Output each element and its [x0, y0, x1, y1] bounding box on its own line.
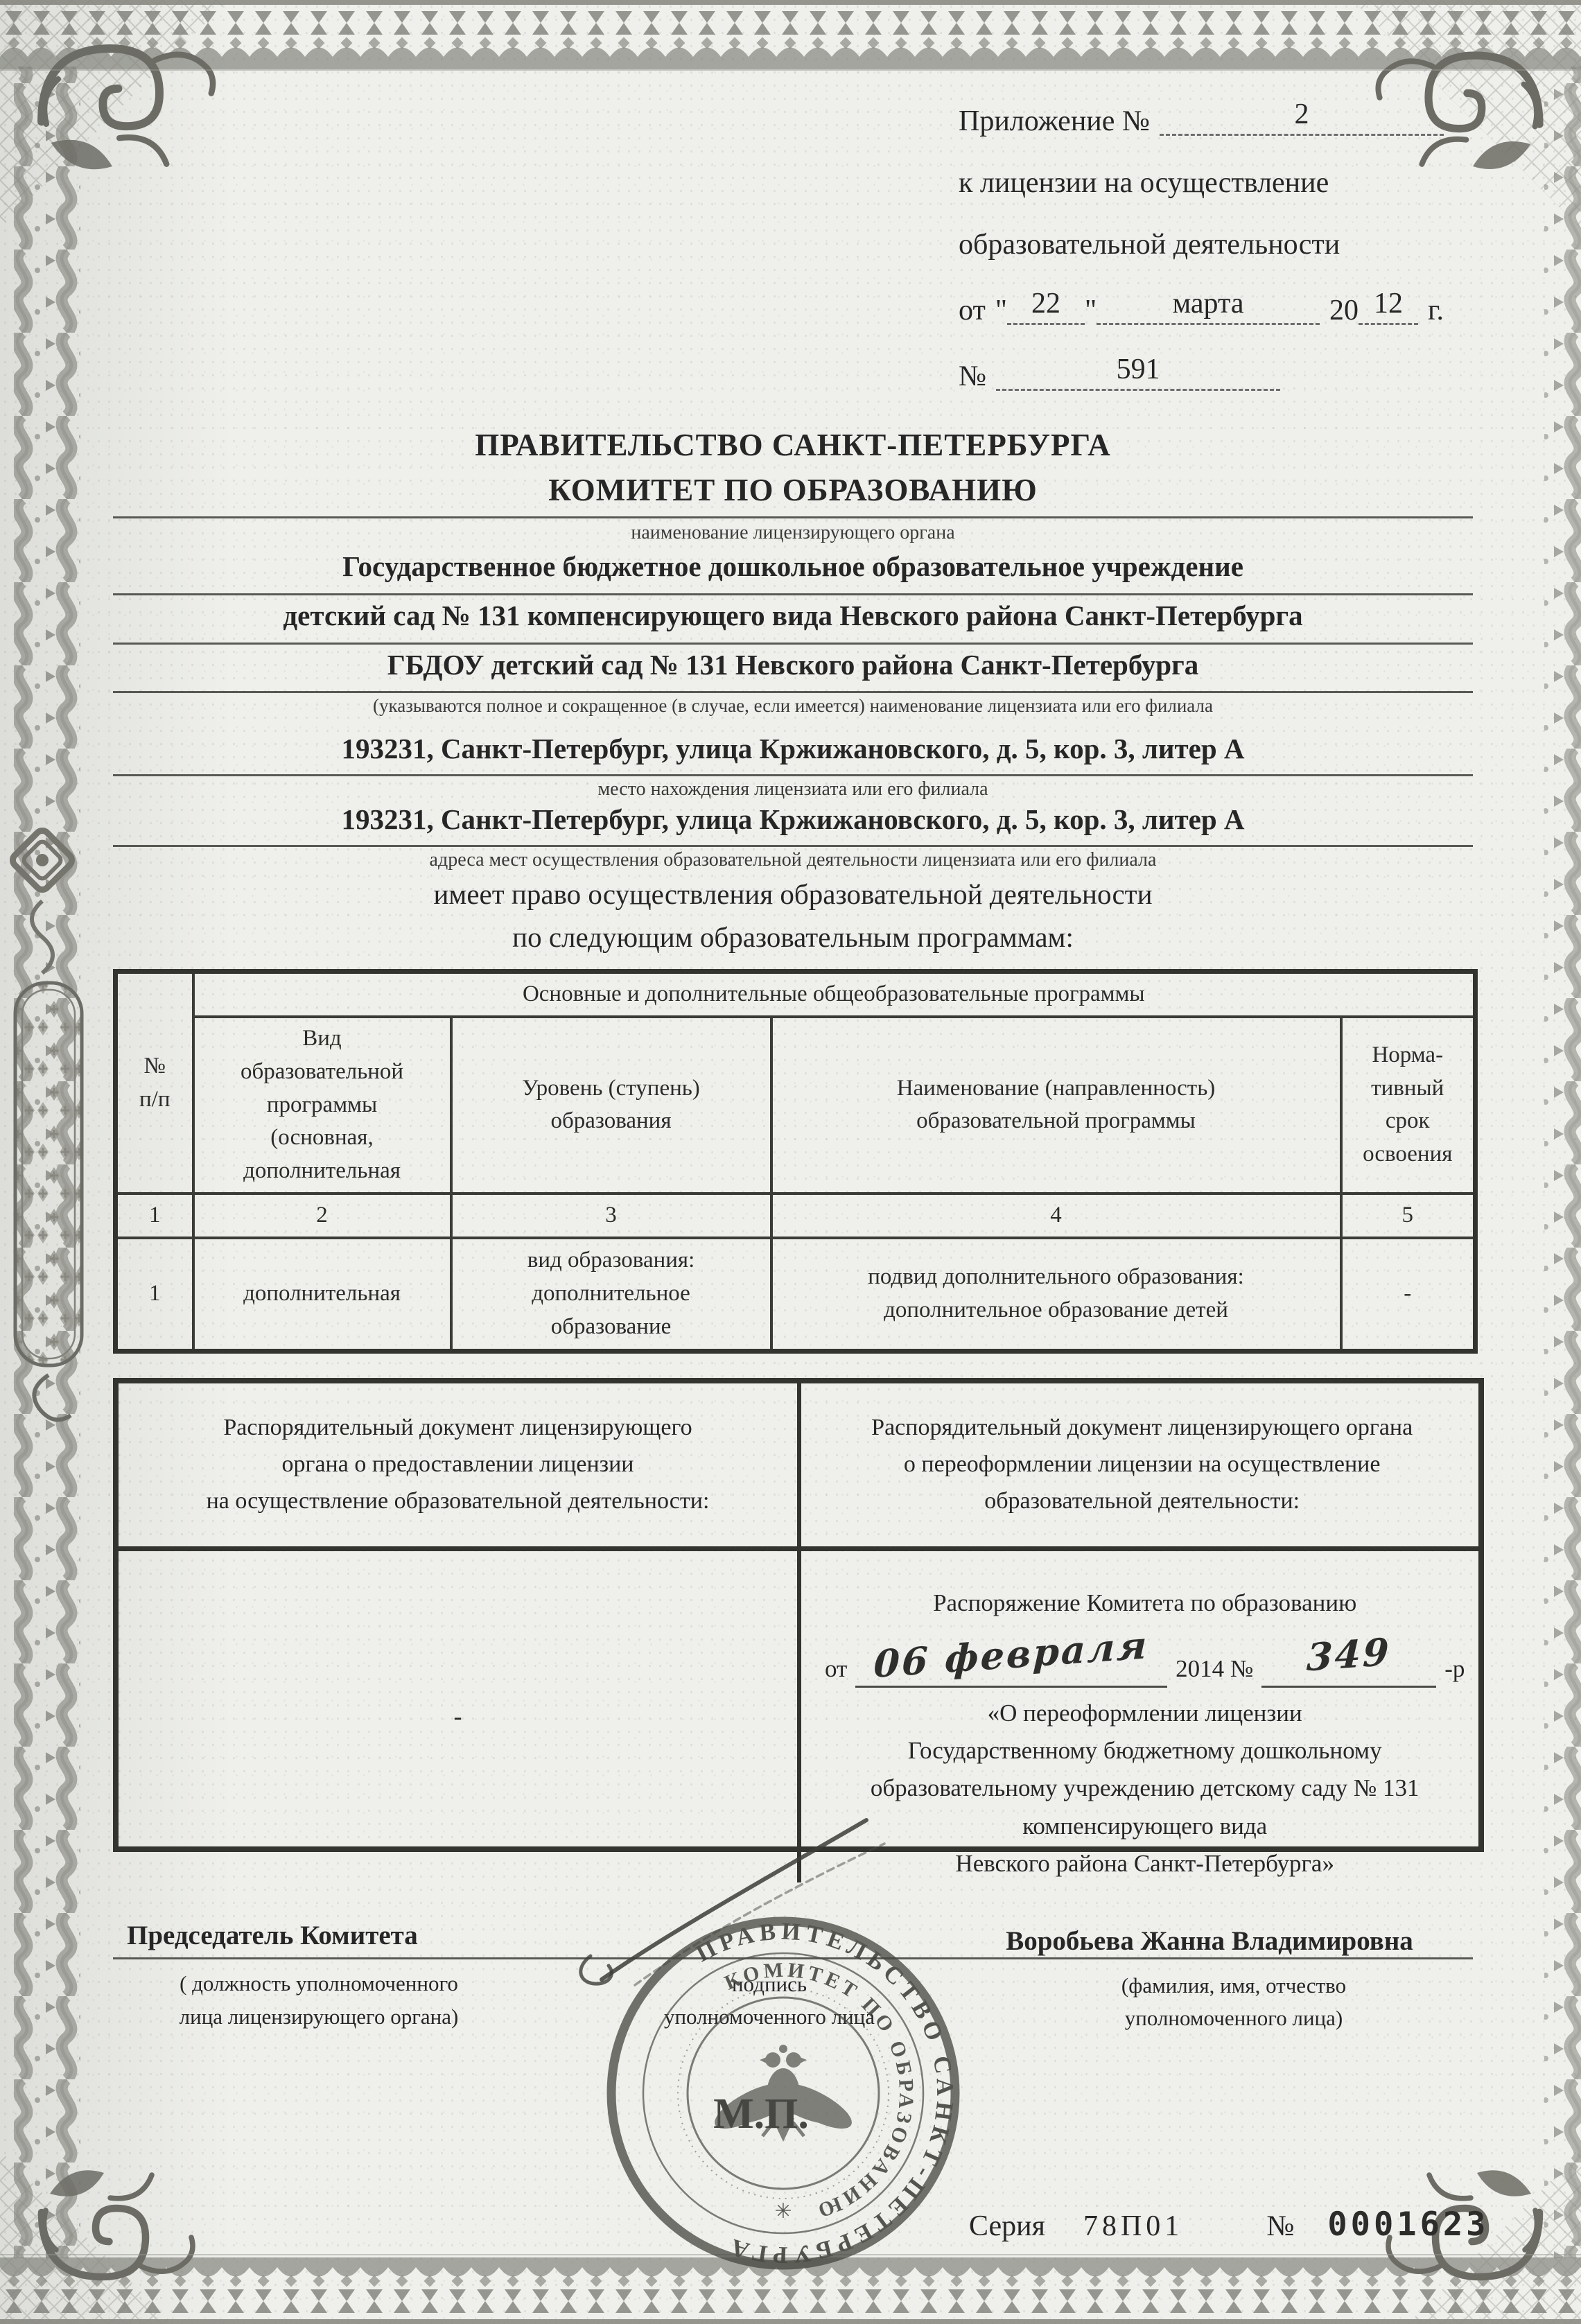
license-date-row: от " 22 " марта 20 12 г. — [959, 292, 1444, 325]
license-ref-line1: к лицензии на осуществление — [959, 168, 1444, 198]
col-num-5: 5 — [1341, 1194, 1476, 1238]
authority-title-line1: ПРАВИТЕЛЬСТВО САНКТ-ПЕТЕРБУРГА — [113, 423, 1473, 468]
order-from-label: от — [825, 1650, 847, 1688]
order-date-line: 06 февраля — [855, 1626, 1167, 1688]
stamp-mp-text: М.П. — [713, 2090, 809, 2138]
col-header-level: Уровень (ступень) образования — [451, 1017, 771, 1194]
appendix-number-line: 2 — [1160, 103, 1444, 136]
authority-title: ПРАВИТЕЛЬСТВО САНКТ-ПЕТЕРБУРГА КОМИТЕТ П… — [113, 423, 1473, 514]
authority-title-line2: КОМИТЕТ ПО ОБРАЗОВАНИЮ — [113, 468, 1473, 513]
license-year: 12 — [1374, 289, 1403, 318]
license-number-row: № 591 — [959, 358, 1444, 391]
order-number-handwritten: 349 — [1306, 1623, 1392, 1688]
official-stamp-icon: ПРАВИТЕЛЬСТВО САНКТ-ПЕТЕРБУРГА КОМИТЕТ П… — [595, 1905, 972, 2282]
authority-caption: наименование лицензирующего органа — [113, 522, 1473, 544]
divider-under-title — [113, 516, 1473, 518]
series-label: Серия — [969, 2210, 1045, 2243]
position-caption: ( должность уполномоченного лица лицензи… — [118, 1967, 520, 2034]
col-header-name: Наименование (направленность) образовате… — [771, 1017, 1341, 1194]
open-quote: " — [995, 296, 1007, 325]
appendix-number-row: Приложение № 2 — [959, 103, 1444, 136]
programs-table: № п/п Основные и дополнительные общеобра… — [113, 969, 1478, 1354]
license-number: 591 — [1117, 355, 1160, 384]
stamp-bottom-mark: ✳ — [774, 2200, 792, 2223]
order-quote-line3: образовательному учреждению детскому сад… — [871, 1770, 1420, 1807]
licensee-name-line2: детский сад № 131 компенсирующего вида Н… — [113, 599, 1473, 632]
row-level: вид образования: дополнительное образова… — [451, 1238, 771, 1352]
order-number-suffix: -р — [1444, 1650, 1465, 1688]
row-kind: дополнительная — [193, 1238, 451, 1352]
col-num-3: 3 — [451, 1194, 771, 1238]
underline-name3 — [113, 691, 1473, 693]
entitlement-line2: по следующим образовательным программам: — [113, 920, 1473, 954]
order-year-no: 2014 № — [1176, 1650, 1253, 1688]
order-date-handwritten: 06 февраля — [873, 1616, 1150, 1694]
licensee-name-caption: (указываются полное и сокращенное (в слу… — [113, 695, 1473, 717]
license-day: 22 — [1031, 289, 1060, 318]
order-quote-line2: Государственному бюджетному дошкольному — [908, 1732, 1382, 1770]
appendix-label: Приложение № — [959, 107, 1150, 136]
license-month-line: марта — [1097, 292, 1320, 325]
series-number-value: 0001623 — [1327, 2205, 1489, 2244]
address-caption: адреса мест осуществления образовательно… — [113, 849, 1473, 871]
underline-address — [113, 845, 1473, 847]
licensee-location: 193231, Санкт-Петербург, улица Кржижанов… — [113, 732, 1473, 765]
row-npp: 1 — [116, 1238, 193, 1352]
order-reissue-header: Распорядительный документ лицензирующего… — [801, 1383, 1483, 1551]
license-year-line: 12 — [1359, 292, 1418, 325]
licensee-name-line1: Государственное бюджетное дошкольное обр… — [113, 550, 1473, 583]
underline-location — [113, 774, 1473, 776]
series-value: 78П01 — [1083, 2210, 1183, 2243]
order-quote-line4: компенсирующего вида — [1022, 1808, 1267, 1845]
year-suffix: г. — [1428, 296, 1444, 325]
signatory-name: Воробьева Жанна Владимировна — [939, 1925, 1480, 1957]
license-appendix-page: Приложение № 2 к лицензии на осуществлен… — [0, 0, 1581, 2324]
order-date-row: от 06 февраля 2014 № 349 -р — [825, 1626, 1465, 1688]
order-grant-header: Распорядительный документ лицензирующего… — [119, 1383, 801, 1551]
underline-name1 — [113, 593, 1473, 595]
col-header-term: Норма- тивный срок освоения — [1341, 1017, 1476, 1194]
table-group-header: Основные и дополнительные общеобразовате… — [193, 972, 1476, 1017]
appendix-number: 2 — [1295, 100, 1309, 129]
appendix-header: Приложение № 2 к лицензии на осуществлен… — [959, 103, 1444, 423]
license-number-line: 591 — [996, 358, 1280, 391]
entitlement-line1: имеет право осуществления образовательно… — [113, 877, 1473, 911]
orders-box: Распорядительный документ лицензирующего… — [113, 1378, 1484, 1852]
licensee-address: 193231, Санкт-Петербург, улица Кржижанов… — [113, 803, 1473, 836]
order-quote-line1: «О переоформлении лицензии — [988, 1695, 1302, 1732]
table-row: 1 дополнительная вид образования: дополн… — [116, 1238, 1476, 1352]
row-name: подвид дополнительного образования: допо… — [771, 1238, 1341, 1352]
col-num-1: 1 — [116, 1194, 193, 1238]
order-reissue-content: Распоряжение Комитета по образованию от … — [801, 1551, 1483, 1882]
license-ref-line2: образовательной деятельности — [959, 230, 1444, 259]
series-line: Серия 78П01 № 0001623 — [969, 2205, 1489, 2244]
licensee-name-line3: ГБДОУ детский сад № 131 Невского района … — [113, 648, 1473, 681]
close-quote: " — [1085, 296, 1097, 325]
col-num-4: 4 — [771, 1194, 1341, 1238]
year-prefix: 20 — [1329, 296, 1359, 325]
name-caption: (фамилия, имя, отчество уполномоченного … — [1033, 1970, 1435, 2034]
order-number-line: 349 — [1261, 1626, 1436, 1688]
location-caption: место нахождения лицензиата или его фили… — [113, 778, 1473, 801]
series-number-label: № — [1266, 2210, 1294, 2243]
signatory-position: Председатель Комитета — [127, 1920, 543, 1951]
col-num-2: 2 — [193, 1194, 451, 1238]
license-month: марта — [1173, 289, 1244, 318]
column-number-row: 1 2 3 4 5 — [116, 1194, 1476, 1238]
underline-name2 — [113, 643, 1473, 645]
row-term: - — [1341, 1238, 1476, 1352]
license-day-line: 22 — [1007, 292, 1085, 325]
order-quote-line5: Невского района Санкт-Петербурга» — [955, 1845, 1334, 1882]
license-number-label: № — [959, 362, 986, 391]
col-header-kind: Вид образовательной программы (основная,… — [193, 1017, 451, 1194]
from-label: от — [959, 296, 986, 325]
col-header-npp: № п/п — [116, 972, 193, 1194]
